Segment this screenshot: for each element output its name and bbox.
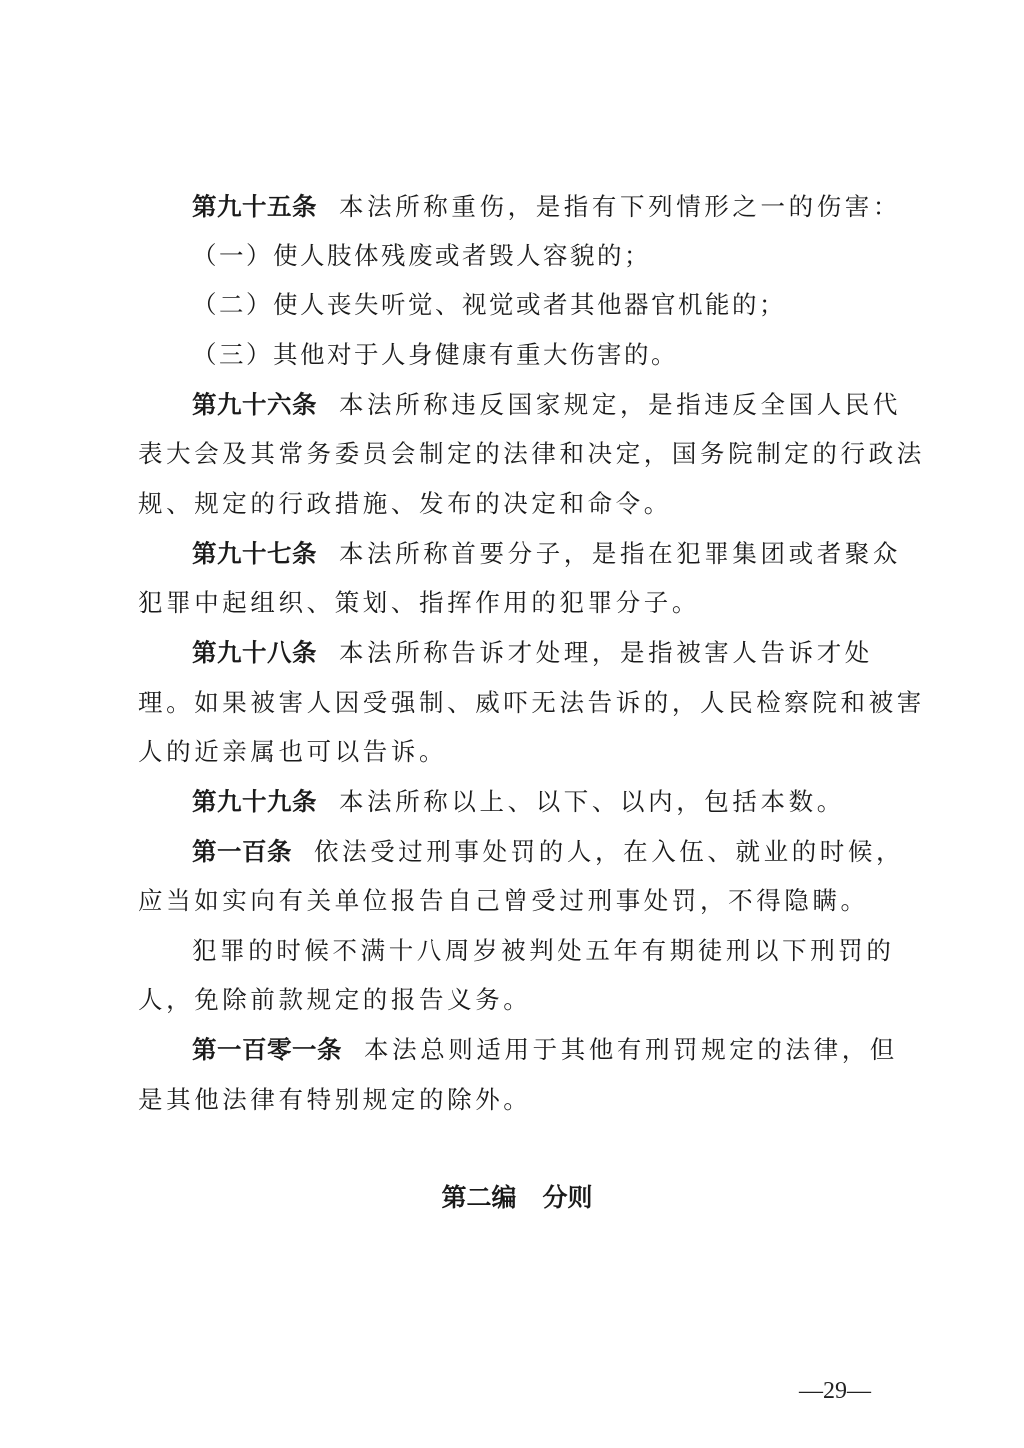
article-99-line-1: 第九十九条本法所称以上、以下、以内，包括本数。 (192, 787, 952, 817)
article-title: 第九十六条 (192, 390, 317, 419)
article-text: 本法所称以上、以下、以内，包括本数。 (339, 787, 845, 816)
article-100-line-1: 第一百条依法受过刑事处罚的人，在入伍、就业的时候， (192, 837, 952, 867)
article-101-line-2: 是其他法律有特别规定的除外。 (138, 1085, 898, 1115)
article-title: 第九十七条 (192, 539, 317, 568)
article-95-item-3: （三）其他对于人身健康有重大伤害的。 (192, 340, 952, 370)
section-part: 第二编 (441, 1183, 516, 1212)
article-96-line-1: 第九十六条本法所称违反国家规定，是指违反全国人民代 (192, 390, 952, 420)
article-title: 第九十九条 (192, 787, 317, 816)
article-text: 本法所称首要分子，是指在犯罪集团或者聚众 (339, 539, 901, 568)
section-heading: 第二编分则 (0, 1183, 1024, 1213)
article-96-line-2: 表大会及其常务委员会制定的法律和决定，国务院制定的行政法 (138, 439, 898, 469)
article-100-para2-line-1: 犯罪的时候不满十八周岁被判处五年有期徒刑以下刑罚的 (192, 936, 952, 966)
article-97-line-1: 第九十七条本法所称首要分子，是指在犯罪集团或者聚众 (192, 539, 952, 569)
article-95-item-2: （二）使人丧失听觉、视觉或者其他器官机能的； (192, 290, 952, 320)
article-96-line-3: 规、规定的行政措施、发布的决定和命令。 (138, 489, 898, 519)
article-97-line-2: 犯罪中起组织、策划、指挥作用的犯罪分子。 (138, 588, 898, 618)
article-title: 第九十五条 (192, 192, 317, 221)
page-number: —29— (780, 1376, 890, 1406)
document-page: 第九十五条本法所称重伤，是指有下列情形之一的伤害： （一）使人肢体残废或者毁人容… (0, 0, 1024, 1448)
article-title: 第九十八条 (192, 638, 317, 667)
article-text: 本法总则适用于其他有刑罚规定的法律，但 (364, 1035, 898, 1064)
article-100-line-2: 应当如实向有关单位报告自己曾受过刑事处罚，不得隐瞒。 (138, 886, 898, 916)
article-text: 本法所称违反国家规定，是指违反全国人民代 (339, 390, 901, 419)
article-title: 第一百条 (192, 837, 292, 866)
article-98-line-3: 人的近亲属也可以告诉。 (138, 737, 898, 767)
article-98-line-1: 第九十八条本法所称告诉才处理，是指被害人告诉才处 (192, 638, 952, 668)
article-text: 本法所称重伤，是指有下列情形之一的伤害： (339, 192, 901, 221)
section-name: 分则 (543, 1183, 593, 1212)
article-95-item-1: （一）使人肢体残废或者毁人容貌的； (192, 241, 952, 271)
article-98-line-2: 理。如果被害人因受强制、威吓无法告诉的，人民检察院和被害 (138, 688, 898, 718)
article-title: 第一百零一条 (192, 1035, 342, 1064)
article-text: 本法所称告诉才处理，是指被害人告诉才处 (339, 638, 873, 667)
article-95-line-1: 第九十五条本法所称重伤，是指有下列情形之一的伤害： (192, 192, 952, 222)
article-101-line-1: 第一百零一条本法总则适用于其他有刑罚规定的法律，但 (192, 1035, 952, 1065)
article-100-para2-line-2: 人，免除前款规定的报告义务。 (138, 985, 898, 1015)
article-text: 依法受过刑事处罚的人，在入伍、就业的时候， (314, 837, 904, 866)
